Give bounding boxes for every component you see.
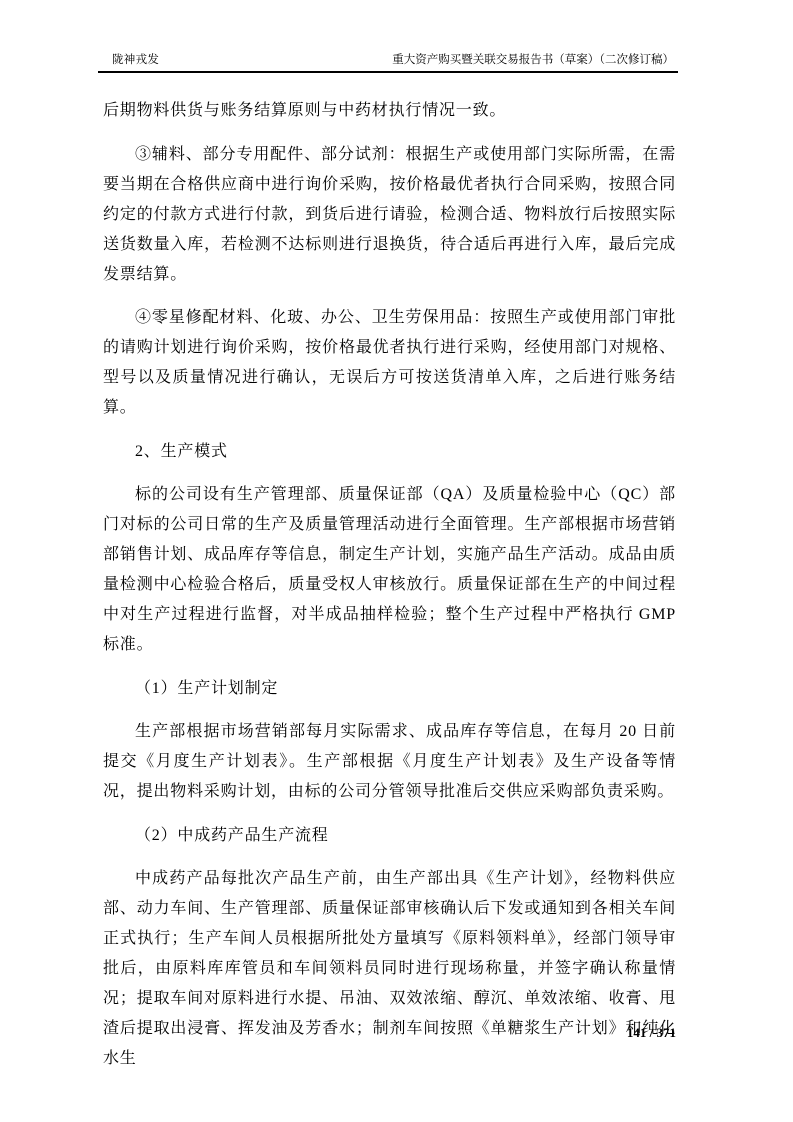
paragraph-auxiliary-materials: ③辅料、部分专用配件、部分试剂：根据生产或使用部门实际所需，在需要当期在合格供应… bbox=[103, 140, 676, 290]
header-company-name: 陇神戎发 bbox=[112, 51, 159, 67]
paragraph-tcm-production-detail: 中成药产品每批次产品生产前，由生产部出具《生产计划》，经物料供应部、动力车间、生… bbox=[103, 864, 676, 1074]
paragraph-continuation: 后期物料供货与账务结算原则与中药材执行情况一致。 bbox=[103, 96, 676, 126]
paragraph-sundry-supplies: ④零星修配材料、化玻、办公、卫生劳保用品：按照生产或使用部门审批的请购计划进行询… bbox=[103, 303, 676, 423]
header-divider bbox=[98, 71, 678, 73]
paragraph-production-management: 标的公司设有生产管理部、质量保证部（QA）及质量检验中心（QC）部门对标的公司日… bbox=[103, 480, 676, 660]
document-body: 后期物料供货与账务结算原则与中药材执行情况一致。 ③辅料、部分专用配件、部分试剂… bbox=[103, 96, 676, 1088]
paragraph-production-plan-detail: 生产部根据市场营销部每月实际需求、成品库存等信息，在每月 20 日前提交《月度生… bbox=[103, 717, 676, 807]
heading-tcm-production-process: （2）中成药产品生产流程 bbox=[103, 821, 676, 851]
document-page: 陇神戎发 重大资产购买暨关联交易报告书（草案）（二次修订稿） 后期物料供货与账务… bbox=[0, 0, 793, 1122]
heading-production-mode: 2、生产模式 bbox=[103, 437, 676, 467]
header-document-title: 重大资产购买暨关联交易报告书（草案）（二次修订稿） bbox=[392, 51, 674, 67]
page-number: 141 / 371 bbox=[627, 1025, 676, 1041]
heading-production-plan: （1）生产计划制定 bbox=[103, 674, 676, 704]
